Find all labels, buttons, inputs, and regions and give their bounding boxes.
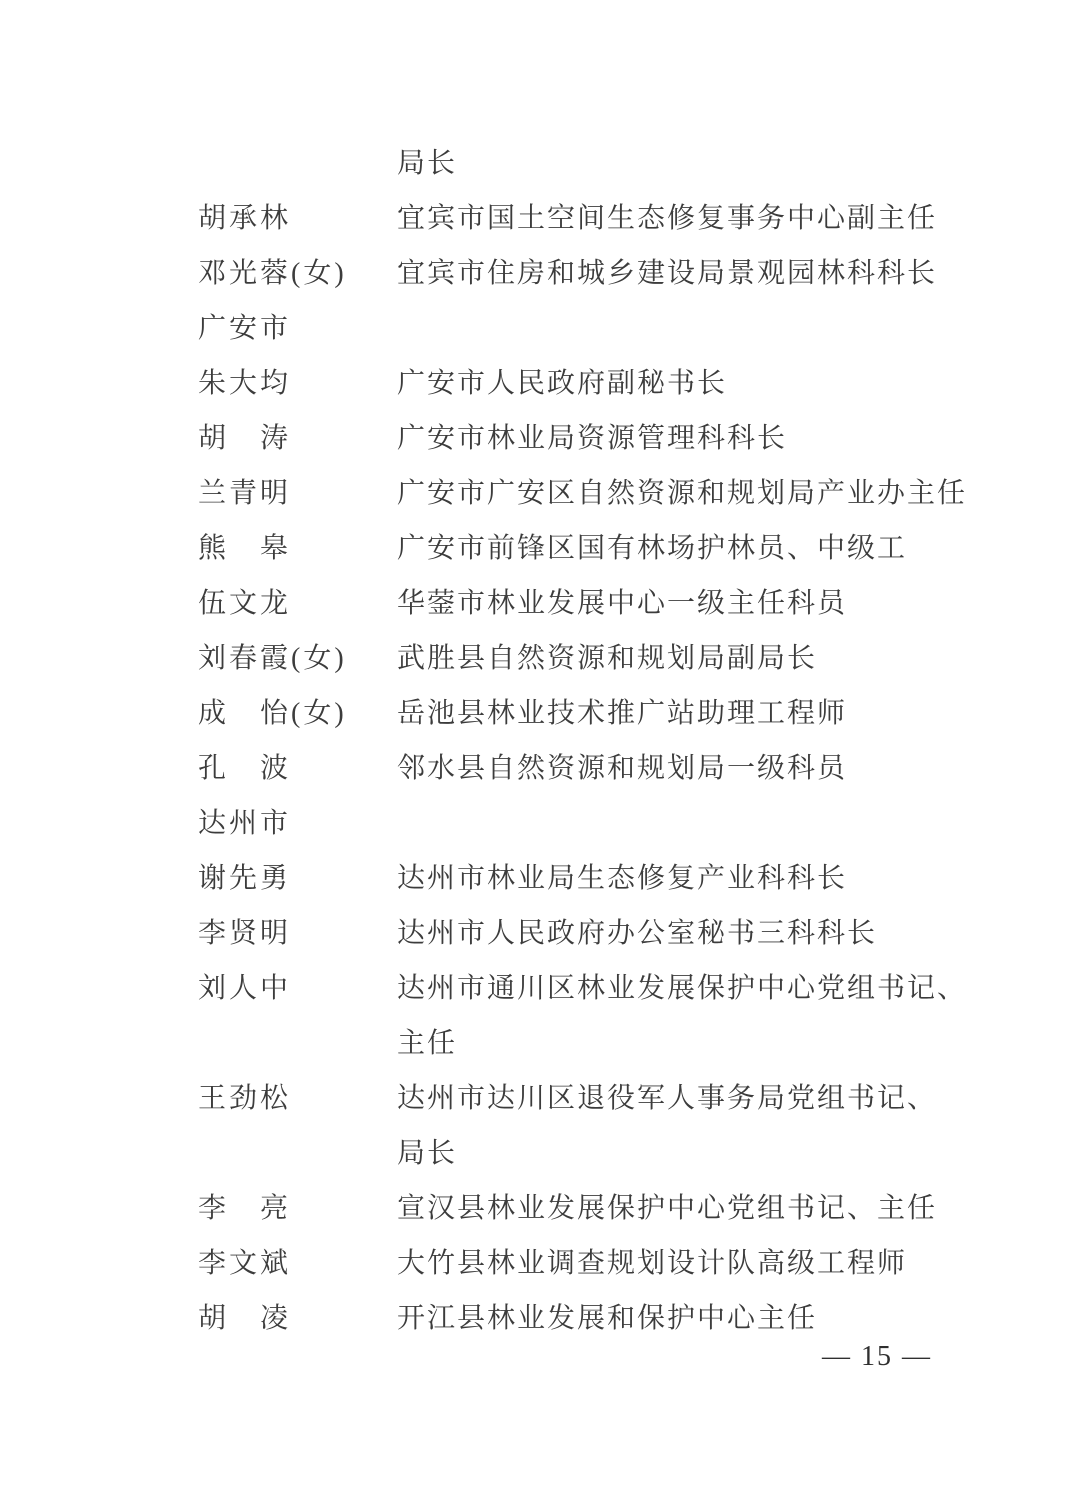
position-title: 岳池县林业技术推广站助理工程师 — [397, 686, 968, 741]
position-title-line: 宜宾市住房和城乡建设局景观园林科科长 — [397, 246, 968, 301]
city-section-header: 广安市 — [198, 301, 968, 356]
person-name: 朱大均 — [198, 356, 397, 411]
city-name: 广安市 — [198, 301, 397, 356]
person-name: 伍文龙 — [198, 576, 397, 631]
position-continuation-row: 局长 — [198, 136, 968, 191]
position-title: 达州市人民政府办公室秘书三科科长 — [397, 906, 968, 961]
position-title-line: 广安市广安区自然资源和规划局产业办主任 — [397, 466, 968, 521]
document-page: 局长胡承林宜宾市国土空间生态修复事务中心副主任邓光蓉(女)宜宾市住房和城乡建设局… — [0, 0, 1080, 1492]
person-entry-row: 孔 波邻水县自然资源和规划局一级科员 — [198, 741, 968, 796]
person-name: 胡承林 — [198, 191, 397, 246]
person-name: 胡 涛 — [198, 411, 397, 466]
position-title-line: 宣汉县林业发展保护中心党组书记、主任 — [397, 1181, 968, 1236]
position-title-line: 达州市林业局生态修复产业科科长 — [397, 851, 968, 906]
person-name: 熊 皋 — [198, 521, 397, 576]
position-title-line: 局长 — [397, 136, 968, 191]
position-title-line: 达州市人民政府办公室秘书三科科长 — [397, 906, 968, 961]
person-entry-row: 伍文龙华蓥市林业发展中心一级主任科员 — [198, 576, 968, 631]
position-title-line: 邻水县自然资源和规划局一级科员 — [397, 741, 968, 796]
person-entry-row: 朱大均广安市人民政府副秘书长 — [198, 356, 968, 411]
position-title: 武胜县自然资源和规划局副局长 — [397, 631, 968, 686]
person-entry-row: 成 怡(女)岳池县林业技术推广站助理工程师 — [198, 686, 968, 741]
position-title: 局长 — [397, 136, 968, 191]
position-title: 华蓥市林业发展中心一级主任科员 — [397, 576, 968, 631]
position-title-line: 华蓥市林业发展中心一级主任科员 — [397, 576, 968, 631]
position-title-line: 宜宾市国土空间生态修复事务中心副主任 — [397, 191, 968, 246]
position-title: 达州市林业局生态修复产业科科长 — [397, 851, 968, 906]
position-title-line: 武胜县自然资源和规划局副局长 — [397, 631, 968, 686]
person-entry-row: 王劲松达州市达川区退役军人事务局党组书记、局长 — [198, 1071, 968, 1181]
position-title: 邻水县自然资源和规划局一级科员 — [397, 741, 968, 796]
position-title: 广安市广安区自然资源和规划局产业办主任 — [397, 466, 968, 521]
person-entry-row: 兰青明广安市广安区自然资源和规划局产业办主任 — [198, 466, 968, 521]
position-title-line: 达州市通川区林业发展保护中心党组书记、 — [397, 961, 968, 1016]
person-name: 李 亮 — [198, 1181, 397, 1236]
position-title: 广安市前锋区国有林场护林员、中级工 — [397, 521, 968, 576]
position-title-line: 达州市达川区退役军人事务局党组书记、 — [397, 1071, 968, 1126]
position-title: 宣汉县林业发展保护中心党组书记、主任 — [397, 1181, 968, 1236]
person-name: 胡 凌 — [198, 1291, 397, 1346]
person-name: 兰青明 — [198, 466, 397, 521]
position-title: 达州市通川区林业发展保护中心党组书记、主任 — [397, 961, 968, 1071]
person-name: 孔 波 — [198, 741, 397, 796]
person-entry-row: 李贤明达州市人民政府办公室秘书三科科长 — [198, 906, 968, 961]
person-entry-row: 刘春霞(女)武胜县自然资源和规划局副局长 — [198, 631, 968, 686]
person-entry-row: 李 亮宣汉县林业发展保护中心党组书记、主任 — [198, 1181, 968, 1236]
city-section-header: 达州市 — [198, 796, 968, 851]
person-name: 成 怡(女) — [198, 686, 397, 741]
person-entry-row: 胡承林宜宾市国土空间生态修复事务中心副主任 — [198, 191, 968, 246]
position-title: 广安市人民政府副秘书长 — [397, 356, 968, 411]
position-title-line: 广安市前锋区国有林场护林员、中级工 — [397, 521, 968, 576]
person-name: 谢先勇 — [198, 851, 397, 906]
position-title-line: 主任 — [397, 1016, 968, 1071]
person-name: 王劲松 — [198, 1071, 397, 1126]
position-title: 开江县林业发展和保护中心主任 — [397, 1291, 968, 1346]
position-title-line: 大竹县林业调查规划设计队高级工程师 — [397, 1236, 968, 1291]
city-name: 达州市 — [198, 796, 397, 851]
position-title-line: 局长 — [397, 1126, 968, 1181]
position-title: 大竹县林业调查规划设计队高级工程师 — [397, 1236, 968, 1291]
page-number: — 15 — — [822, 1340, 932, 1374]
position-title: 宜宾市国土空间生态修复事务中心副主任 — [397, 191, 968, 246]
position-title-line: 开江县林业发展和保护中心主任 — [397, 1291, 968, 1346]
person-entry-row: 熊 皋广安市前锋区国有林场护林员、中级工 — [198, 521, 968, 576]
person-entry-row: 李文斌大竹县林业调查规划设计队高级工程师 — [198, 1236, 968, 1291]
position-title: 宜宾市住房和城乡建设局景观园林科科长 — [397, 246, 968, 301]
person-name: 邓光蓉(女) — [198, 246, 397, 301]
person-name: 刘人中 — [198, 961, 397, 1016]
person-entry-row: 邓光蓉(女)宜宾市住房和城乡建设局景观园林科科长 — [198, 246, 968, 301]
person-name: 刘春霞(女) — [198, 631, 397, 686]
person-name: 李贤明 — [198, 906, 397, 961]
person-entry-row: 谢先勇达州市林业局生态修复产业科科长 — [198, 851, 968, 906]
position-title-line: 广安市林业局资源管理科科长 — [397, 411, 968, 466]
person-name: 李文斌 — [198, 1236, 397, 1291]
roster-list: 局长胡承林宜宾市国土空间生态修复事务中心副主任邓光蓉(女)宜宾市住房和城乡建设局… — [198, 136, 968, 1346]
person-entry-row: 刘人中达州市通川区林业发展保护中心党组书记、主任 — [198, 961, 968, 1071]
position-title: 达州市达川区退役军人事务局党组书记、局长 — [397, 1071, 968, 1181]
person-entry-row: 胡 涛广安市林业局资源管理科科长 — [198, 411, 968, 466]
position-title-line: 广安市人民政府副秘书长 — [397, 356, 968, 411]
person-entry-row: 胡 凌开江县林业发展和保护中心主任 — [198, 1291, 968, 1346]
position-title-line: 岳池县林业技术推广站助理工程师 — [397, 686, 968, 741]
position-title: 广安市林业局资源管理科科长 — [397, 411, 968, 466]
